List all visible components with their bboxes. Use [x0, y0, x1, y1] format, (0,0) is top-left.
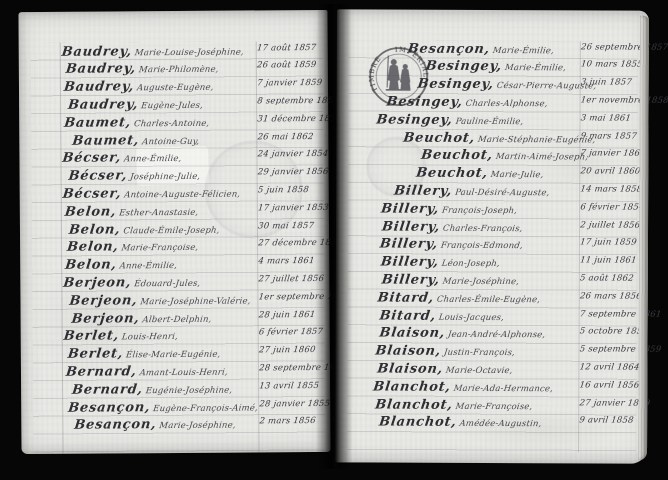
entry-birth-date: 17 janvier 1853: [257, 200, 330, 218]
entry-birth-date: 16 avril 1856: [578, 377, 640, 395]
entry-surname: Billery,: [381, 219, 441, 234]
register-row: Bécser,Antoine-Auguste-Félicien,: [62, 182, 242, 201]
entry-surname: Belon,: [64, 204, 117, 219]
entry-birth-date: 17 juin 1859: [579, 235, 638, 253]
entry-surname: Bernard,: [65, 364, 138, 380]
entry-birth-date: 9 avril 1858: [578, 413, 634, 431]
register-row: Belon,Marie-Françoise,: [66, 236, 200, 255]
register-row: Berjeon,Marie-Joséphine-Valérie,: [69, 289, 252, 308]
entry-birth-date: 3 juin 1857: [580, 74, 633, 92]
entry-surname: Bitard,: [379, 308, 437, 323]
entry-surname: Bitard,: [377, 290, 435, 305]
register-row: Blanchot,Marie-Ada-Hermance,: [372, 376, 554, 395]
entry-surname: Baudrey,: [63, 79, 135, 95]
entry-given-names: Paul-Désiré-Auguste,: [454, 188, 550, 198]
register-row: Bitard,Charles-Émile-Eugène,: [377, 287, 542, 305]
entry-surname: Blaison,: [374, 344, 442, 359]
entry-birth-date: 26 mars 1856: [579, 288, 643, 306]
entry-surname: Berjeon,: [71, 311, 141, 326]
register-row: Blanchot,Amédée-Augustin,: [378, 412, 543, 430]
entry-given-names: François-Joseph,: [441, 205, 517, 215]
entry-given-names: Marie-Joséphine,: [159, 421, 237, 432]
entry-birth-date: 5 septembre 1859: [578, 341, 662, 359]
entry-surname: Billery,: [381, 272, 441, 287]
entry-birth-date: 29 janvier 1856: [257, 164, 330, 182]
entry-birth-date: 26 mai 1862: [256, 129, 314, 147]
entry-given-names: Marie-Émilie,: [504, 63, 566, 73]
register-row: Billery,Marie-Joséphine,: [381, 269, 521, 287]
entry-given-names: Eugène-François-Aimé,: [153, 403, 259, 414]
entry-surname: Belon,: [68, 222, 121, 237]
register-row: Besingey,Pauline-Émilie,: [375, 109, 524, 127]
entry-given-names: Jean-André-Alphonse,: [447, 330, 546, 340]
entry-surname: Bernard,: [71, 382, 144, 398]
entry-surname: Billery,: [380, 201, 440, 216]
register-row: Besançon,Marie-Joséphine,: [73, 414, 237, 433]
entry-given-names: Charles-Émile-Eugène,: [436, 294, 541, 304]
entry-given-names: Élise-Marie-Eugénie,: [125, 350, 221, 361]
entry-given-names: Amédée-Augustin,: [459, 419, 542, 429]
entry-given-names: Antoine-Auguste-Félicien,: [124, 189, 241, 200]
entry-given-names: Antoine-Guy,: [142, 136, 200, 146]
entry-surname: Bécser,: [62, 186, 123, 201]
register-row: Besançon,Eugène-François-Aimé,: [67, 396, 259, 415]
entry-surname: Blanchot,: [378, 415, 457, 430]
register-row: Baumet,Antoine-Guy,: [71, 129, 200, 148]
register-row: Belon,Anne-Émilie,: [64, 254, 178, 273]
entry-birth-date: 13 avril 1855: [258, 378, 320, 396]
entry-birth-date: 27 juillet 1856: [257, 271, 325, 289]
entry-given-names: Claude-Émile-Joseph,: [123, 225, 220, 236]
entry-surname: Bécser,: [68, 168, 129, 183]
entry-given-names: Louis-Henri,: [121, 332, 178, 342]
entry-given-names: Charles-Antoine,: [133, 118, 210, 129]
entry-given-names: Amant-Louis-Henri,: [139, 368, 228, 379]
entry-birth-date: 1er novembre 1858: [580, 92, 668, 110]
entry-given-names: Joséphine-Julie,: [130, 172, 201, 182]
register-row: Billery,François-Joseph,: [380, 198, 519, 216]
page-stack-edge: [638, 16, 649, 461]
register-row: Besingey,César-Pierre-Auguste,: [417, 74, 598, 93]
entry-surname: Baudrey,: [67, 97, 139, 113]
entry-surname: Besingey,: [386, 94, 464, 109]
register-page-left: Baudrey,Marie-Louise-Joséphine, 17 août …: [18, 10, 330, 454]
entry-surname: Billery,: [379, 237, 439, 252]
register-row: Blanchot,Marie-Françoise,: [374, 394, 534, 412]
entry-given-names: Marie-Philomène,: [138, 65, 219, 76]
entry-birth-date: 8 septembre 1859: [256, 93, 340, 111]
entry-given-names: Marie-Françoise,: [455, 401, 533, 411]
register-row: Besingey,Marie-Émilie,: [425, 56, 568, 74]
entry-given-names: Charles-Alphonse,: [465, 99, 548, 109]
entry-birth-date: 27 juin 1860: [258, 342, 317, 360]
entry-birth-date: 20 avril 1860: [579, 163, 641, 181]
entry-surname: Besingey,: [417, 77, 495, 92]
entry-birth-date: 7 janvier 1862: [579, 146, 646, 164]
entry-given-names: François-Edmond,: [440, 241, 523, 251]
entry-birth-date: 28 juin 1861: [258, 307, 317, 325]
scanned-register-spread: Baudrey,Marie-Louise-Joséphine, 17 août …: [0, 0, 668, 480]
entry-given-names: Marie-Julie,: [490, 170, 544, 180]
entry-given-names: Marie-Joséphine,: [442, 277, 520, 287]
entry-surname: Belon,: [66, 240, 119, 255]
entry-given-names: Esther-Anastasie,: [119, 208, 199, 219]
entry-surname: Baudrey,: [65, 62, 137, 78]
register-row: Baudrey,Marie-Philomène,: [65, 58, 220, 77]
entries-right: Besançon,Marie-Émilie, 26 septembre 1857…: [335, 9, 649, 463]
entry-given-names: Édouard-Jules,: [134, 279, 201, 289]
entry-surname: Besançon,: [73, 417, 157, 433]
entry-given-names: Eugène-Jules,: [141, 101, 204, 111]
register-row: Besingey,Charles-Alphonse,: [386, 91, 550, 109]
entry-surname: Besançon,: [67, 400, 151, 416]
entry-given-names: Marie-Octavie,: [445, 366, 513, 376]
entry-birth-date: 10 mars 1855: [580, 57, 644, 75]
entry-birth-date: 14 mars 1858: [579, 181, 643, 199]
entry-surname: Belon,: [64, 257, 117, 272]
entry-surname: Besingey,: [375, 112, 453, 127]
entry-given-names: Louis-Jacques,: [438, 312, 505, 322]
register-row: Belon,Esther-Anastasie,: [64, 201, 200, 220]
entry-birth-date: 28 janvier 1855: [258, 395, 331, 413]
register-row: Bécser,Anne-Émilie,: [62, 147, 183, 166]
entry-birth-date: 30 mai 1857: [257, 218, 315, 236]
entry-surname: Beuchot,: [402, 130, 476, 145]
entry-birth-date: 12 avril 1864: [578, 359, 640, 377]
entry-birth-date: 27 décembre 1857: [257, 235, 343, 253]
entry-given-names: Marie-Françoise,: [121, 243, 199, 254]
entry-surname: Berlet,: [67, 346, 124, 361]
entry-birth-date: 31 décembre 1856: [256, 111, 342, 129]
entry-surname: Blaison,: [379, 326, 447, 341]
entry-given-names: Marie-Louise-Joséphine,: [134, 47, 244, 58]
entry-birth-date: 26 septembre 1857: [580, 39, 668, 57]
register-row: Baudrey,Auguste-Eugène,: [63, 76, 215, 95]
entry-given-names: Justin-François,: [443, 348, 515, 358]
entry-surname: Blanchot,: [374, 397, 453, 412]
entry-given-names: Léon-Joseph,: [441, 259, 500, 269]
entry-given-names: Auguste-Eugène,: [136, 83, 214, 94]
entry-surname: Besançon,: [407, 41, 491, 56]
entry-birth-date: 5 juin 1858: [257, 182, 310, 200]
register-row: Billery,Paul-Désiré-Auguste,: [393, 180, 551, 198]
entry-surname: Baumet,: [63, 115, 132, 130]
register-row: Besançon,Marie-Émilie,: [407, 38, 556, 56]
register-row: Bernard,Amant-Louis-Henri,: [65, 361, 229, 380]
register-row: Beuchot,Martin-Aimé-Joseph,: [420, 145, 589, 164]
entry-surname: Berjeon,: [62, 275, 132, 290]
entry-given-names: Anne-Émilie,: [123, 154, 182, 164]
entry-surname: Besingey,: [425, 59, 503, 74]
entry-birth-date: 17 août 1857: [256, 39, 317, 57]
register-row: Baudrey,Eugène-Jules,: [67, 94, 204, 113]
register-row: Blaison,Marie-Octavie,: [376, 358, 514, 376]
entry-birth-date: 28 septembre 1856: [258, 360, 347, 378]
entry-birth-date: 5 août 1862: [579, 270, 635, 288]
entry-birth-date: 26 août 1859: [256, 57, 317, 75]
entry-given-names: Marie-Joséphine-Valérie,: [140, 296, 251, 307]
register-row: Bernard,Eugénie-Joséphine,: [71, 378, 234, 397]
entry-birth-date: 3 mai 1861: [579, 110, 632, 128]
entry-given-names: Martin-Aimé-Joseph,: [495, 152, 589, 162]
register-row: Beuchot,Marie-Julie,: [415, 163, 545, 181]
entry-given-names: Pauline-Émilie,: [455, 117, 524, 127]
entry-surname: Berlet,: [63, 329, 120, 344]
entries-left: Baudrey,Marie-Louise-Joséphine, 17 août …: [18, 10, 330, 454]
entry-birth-date: 6 février 1854: [579, 199, 645, 217]
entry-birth-date: 4 mars 1861: [257, 253, 315, 271]
register-row: Billery,Léon-Joseph,: [380, 252, 502, 270]
entry-surname: Blanchot,: [372, 379, 451, 394]
entry-given-names: Marie-Stéphanie-Eugénie,: [477, 134, 596, 145]
entry-given-names: Charles-François,: [442, 223, 523, 233]
entry-birth-date: 7 janvier 1859: [256, 75, 323, 93]
register-row: Billery,François-Edmond,: [379, 234, 524, 252]
register-row: Berjeon,Édouard-Jules,: [62, 272, 201, 291]
entry-given-names: Albert-Delphin,: [142, 314, 212, 324]
entry-given-names: Marie-Ada-Hermance,: [453, 384, 554, 394]
register-row: Bitard,Louis-Jacques,: [379, 305, 506, 323]
register-row: Berlet,Louis-Henri,: [63, 325, 180, 344]
entry-birth-date: 6 février 1857: [258, 324, 324, 342]
register-row: Blaison,Justin-François,: [374, 341, 516, 359]
entry-birth-date: 7 septembre 1861: [579, 306, 663, 324]
register-row: Billery,Charles-François,: [381, 216, 524, 234]
entry-surname: Beuchot,: [420, 148, 494, 163]
register-row: Berjeon,Albert-Delphin,: [71, 307, 213, 326]
register-row: Baumet,Charles-Antoine,: [63, 111, 210, 130]
register-row: Beuchot,Marie-Stéphanie-Eugénie,: [402, 127, 597, 146]
entry-surname: Baumet,: [71, 133, 140, 148]
entry-given-names: Anne-Émilie,: [119, 261, 178, 271]
entry-given-names: Marie-Émilie,: [492, 46, 554, 56]
entry-surname: Berjeon,: [69, 293, 139, 308]
entry-birth-date: 24 janvier 1854: [257, 146, 330, 164]
register-page-right: TIMBRE IMPÉRIAL Besançon,Marie-Émilie, 2…: [335, 9, 649, 463]
entry-birth-date: 9 mars 1857: [579, 128, 637, 146]
entry-surname: Billery,: [380, 255, 440, 270]
entry-surname: Bécser,: [62, 151, 123, 166]
register-row: Berlet,Élise-Marie-Eugénie,: [67, 343, 222, 362]
entry-surname: Billery,: [393, 183, 453, 198]
entry-birth-date: 2 juillet 1856: [579, 217, 641, 235]
entry-surname: Blaison,: [376, 361, 444, 376]
register-row: Bécser,Joséphine-Julie,: [68, 165, 202, 184]
register-row: Belon,Claude-Émile-Joseph,: [68, 218, 221, 237]
entry-surname: Baudrey,: [61, 44, 133, 60]
entry-birth-date: 2 mars 1856: [258, 413, 316, 431]
entry-surname: Beuchot,: [415, 166, 489, 181]
entry-given-names: Eugénie-Joséphine,: [145, 385, 233, 396]
register-row: Baudrey,Marie-Louise-Joséphine,: [61, 40, 245, 59]
entry-birth-date: 11 juin 1861: [579, 252, 638, 270]
register-row: Blaison,Jean-André-Alphonse,: [379, 323, 547, 342]
